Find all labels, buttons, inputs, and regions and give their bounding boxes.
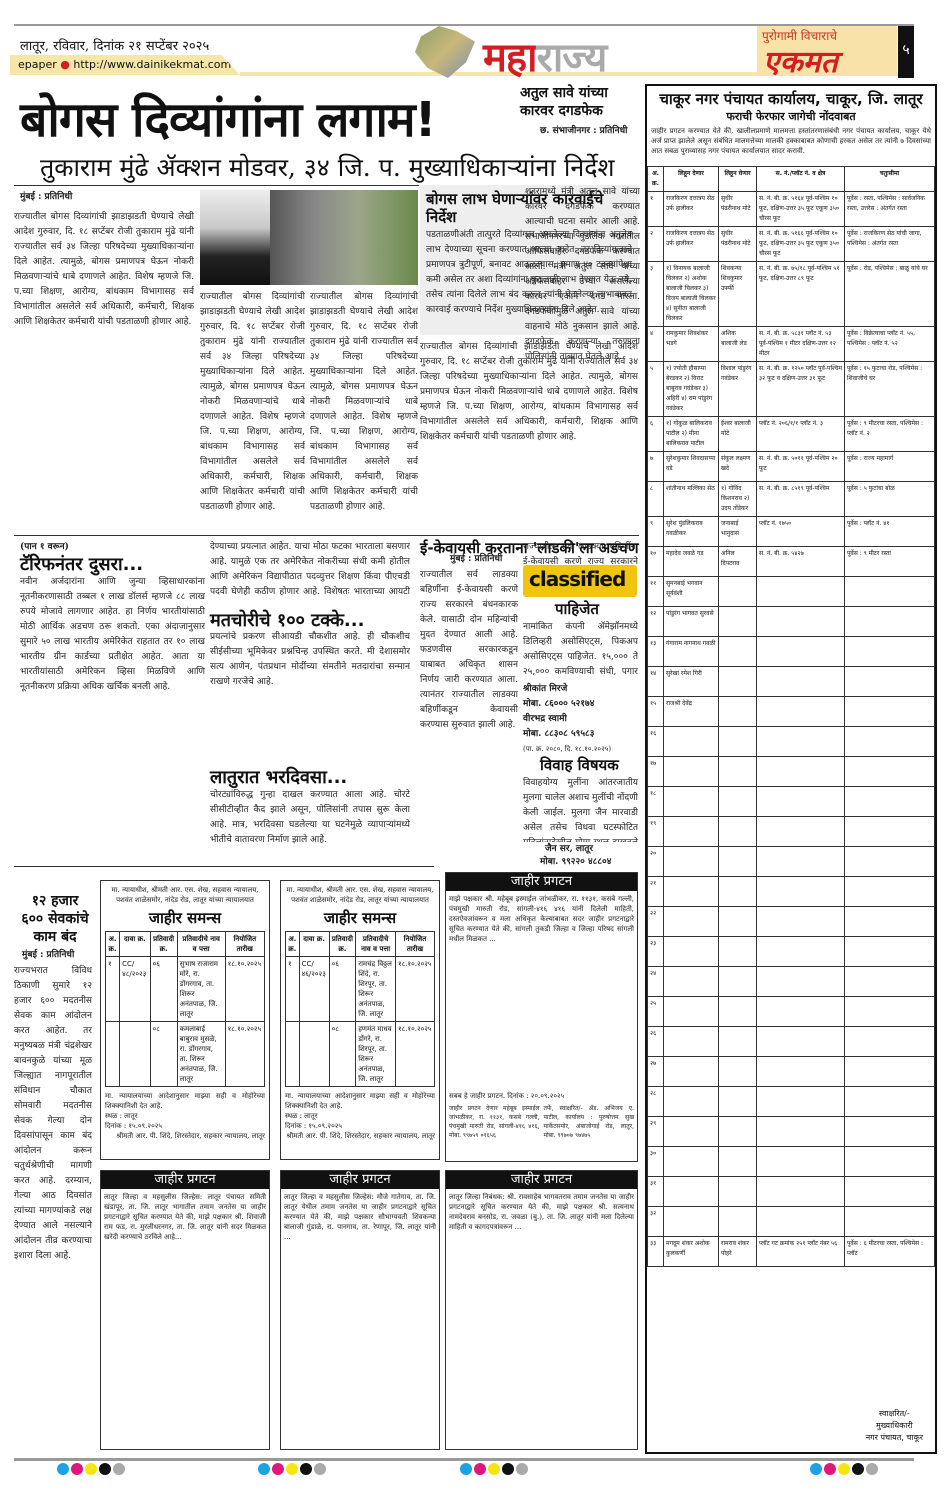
- color-dot: [516, 1463, 528, 1475]
- site-url: http://www.dainikekmat.com: [73, 58, 231, 71]
- contact2-phone: मोबा. ८८३०८ ५९५८३: [523, 727, 594, 742]
- summons-table: अ. क्र.दावा क्र.प्रतिवादी क्र.प्रतिवादीच…: [105, 931, 265, 1087]
- table-row: २४: [648, 967, 935, 997]
- color-dot: [258, 1463, 270, 1475]
- summons-ad-1: मा. न्यायाधीश, श्रीमती आर. एस. शेख, सहवा…: [100, 880, 270, 1160]
- contact2-name: वीरभद्र स्वामी: [523, 712, 567, 727]
- chakur-title: चाकूर नगर पंचायत कार्यालय, चाकूर, जि. ला…: [647, 86, 935, 109]
- ladki-body-cont: राज्यातील सर्व लाडक्या बहिणींना ई-केवायस…: [523, 540, 638, 564]
- table-row: ३०: [648, 1147, 935, 1177]
- table-row: १राजकिरण दत्तात्रय सेठ उर्फ हालीकरसुधीर …: [648, 192, 935, 227]
- table-row: ३१: [648, 1177, 935, 1207]
- color-dot: [300, 1463, 312, 1475]
- table-row: १CC/४८/२०२३०६सुभाष राजाराम मोरे, रा. डों…: [106, 957, 265, 1022]
- table-row: १०महादेव जवळे गडअनिल दिपटरावस. नं. बी. क…: [648, 547, 935, 577]
- color-dot: [488, 1463, 500, 1475]
- table-row: १५राजश्री देवेंद्र: [648, 697, 935, 727]
- color-dot: [85, 1463, 97, 1475]
- table-row: ३३मगदूम शंकर अशोक कुलकर्णीरामराव शंकर पो…: [648, 1237, 935, 1267]
- public-notice-1: जाहीर प्रगटन लातूर जिल्हा व महसुलीस जिल्…: [100, 1170, 270, 1450]
- classified-logo: classified: [523, 565, 637, 597]
- table-row: ८शांतीनाथ मल्लिका सेठ१) गोविंद किशनराव २…: [648, 482, 935, 517]
- color-dot: [286, 1463, 298, 1475]
- chakur-subtitle: फराची फेरफार जागेची नोंदवाबत: [647, 109, 935, 124]
- color-dot: [838, 1463, 850, 1475]
- laturat-body: चोरट्यांविरुद्ध गुन्हा दाखल करण्यात आला …: [210, 788, 410, 860]
- wanted-body: नामांकित कंपनी ॲमेझॉनमध्ये डिलिव्हरी असो…: [523, 620, 638, 680]
- table-row: २५: [648, 997, 935, 1027]
- table-row: १४सुरेखा रमेश गिरी: [648, 667, 935, 697]
- 12k-headline: १२ हजार ६०० सेवकांचे काम बंद: [20, 892, 90, 946]
- wanted-title: पाहिजेत: [555, 600, 599, 618]
- table-row: २राजकिरण दत्तात्रय सेठ उर्फ हालीकरसुधीर …: [648, 227, 935, 262]
- table-row: १९: [648, 817, 935, 847]
- color-dot: [460, 1463, 472, 1475]
- summons-ad-2: मा. न्यायाधीश, श्रीमती आर. एस. शेख, सहवा…: [280, 880, 440, 1160]
- color-dot: [866, 1463, 878, 1475]
- signature-line3: नगर पंचायत, चाकूर: [866, 1432, 923, 1444]
- summons-table: अ. क्र.दावा क्र.प्रतिवादी क्र.प्रतिवादीच…: [285, 931, 435, 1087]
- brand-logo: एकमत: [763, 40, 838, 81]
- table-row: १३गंगाराम नागनाथ गवळी: [648, 637, 935, 667]
- atul-save-dateline: छ. संभाजीनगर : प्रतिनिधी: [540, 124, 640, 139]
- table-row: ६१) गोकुळ बालिकराव पाटील २) मीना बालिकरा…: [648, 417, 935, 452]
- tariff-headline: टॅरिफनंतर दुसरा...: [20, 552, 143, 576]
- lead-subheadline: तुकाराम मुंढे ॲक्शन मोडवर, ३४ जि. प. मुख…: [40, 150, 614, 184]
- wheelchair-photo: [270, 190, 418, 285]
- registration-marks: [258, 1463, 326, 1475]
- registration-marks: [460, 1463, 528, 1475]
- public-notice-3: जाहीर प्रगटन लातूर जिल्हा निबंधक: श्री. …: [445, 1170, 638, 1450]
- registration-marks: [57, 1463, 125, 1475]
- page-number: ५: [898, 26, 914, 78]
- lead-body-col3: राज्यातील बोगस दिव्यांगांची झाडाझडती घेण…: [310, 290, 418, 530]
- table-row: २१: [648, 877, 935, 907]
- tukaram-mundhe-photo: [200, 190, 270, 285]
- color-dot: [824, 1463, 836, 1475]
- table-row: १७: [648, 757, 935, 787]
- chakur-table: अ. क्र. लिहून देणार लिहून घेणार स. नं./प…: [647, 166, 935, 1267]
- globe-icon: ●: [60, 58, 70, 71]
- color-dot: [272, 1463, 284, 1475]
- color-dot: [71, 1463, 83, 1475]
- tariff-body-col2: देण्याच्या प्रयत्नात आहेत. याचा मोठा फटक…: [210, 540, 410, 600]
- color-dot: [113, 1463, 125, 1475]
- matrimonial-body: विवाहयोग्य मुलींना आंतरजातीय मुलगा चालेल…: [523, 776, 638, 842]
- table-row: ११सुमनबाई भगवान सूर्यवंशी: [648, 577, 935, 607]
- signature-line1: स्वाक्षरित/-: [866, 1408, 923, 1420]
- signature-line2: मुख्याधिकारी: [866, 1420, 923, 1432]
- color-dot: [99, 1463, 111, 1475]
- matchori-body: प्रयत्नांचे प्रकरण सीआयडी चौकशीत आहे. ही…: [210, 630, 410, 760]
- color-dot: [314, 1463, 326, 1475]
- matchori-headline: मतचोरीचे १०० टक्के...: [210, 608, 364, 632]
- laturat-headline: लातुरात भरदिवसा...: [210, 765, 347, 789]
- ladki-dateline: मुंबई : प्रतिनिधी: [450, 552, 502, 567]
- divider: [14, 535, 639, 536]
- lead-dateline: मुंबई : प्रतिनिधी: [20, 190, 72, 205]
- epaper-label: epaper: [18, 58, 57, 71]
- section-title: महाराज्य: [483, 28, 606, 83]
- table-row: २७: [648, 1057, 935, 1087]
- issue-date: लातूर, रविवार, दिनांक २१ सप्टेंबर २०२५: [20, 36, 209, 54]
- ladki-body: राज्यातील सर्व लाडक्या बहिणींना ई-केवायस…: [420, 568, 518, 860]
- table-row: ५१) ज्योती हौसाप्पा बेरडकर २) विराट बाबु…: [648, 362, 935, 417]
- 12k-body: राज्यभरात विविध ठिकाणी सुमारे १२ हजार ६०…: [14, 964, 92, 1449]
- table-row: २९: [648, 1117, 935, 1147]
- table-row: २३: [648, 937, 935, 967]
- chakur-intro: जाहीर प्रगटन करण्यात येते की, खालीलप्रमा…: [647, 124, 935, 166]
- table-row: २६: [648, 1027, 935, 1057]
- registration-marks: [810, 1463, 878, 1475]
- divider: [14, 185, 419, 186]
- color-dot: [57, 1463, 69, 1475]
- epaper-link[interactable]: epaper ● http://www.dainikekmat.com: [10, 55, 240, 75]
- table-row: ९सुरेश पुंडलिकराव गवळीकरजनाबाई भानुदासप्…: [648, 517, 935, 547]
- color-dot: [474, 1463, 486, 1475]
- bottom-rule: [14, 1458, 914, 1461]
- ad-ref: (पा. क्र. २०८०, दि. १८.१०.२०२५): [523, 742, 611, 757]
- table-row: ३२: [648, 1207, 935, 1237]
- lead-headline: बोगस दिव्यांगांना लगाम!: [20, 86, 435, 151]
- chakur-notice: चाकूर नगर पंचायत कार्यालय, चाकूर, जि. ला…: [645, 84, 937, 1454]
- atul-save-body: शहरामध्ये मंत्री अतुल सावे यांच्या कारवर…: [525, 185, 640, 530]
- table-row: २८: [648, 1087, 935, 1117]
- table-row: ४रामकुमार शिवशंकर भडगेअशिक बालाजी लेडस. …: [648, 327, 935, 362]
- contact1-phone: मोबा. ८६००० ५२१७४: [523, 697, 594, 712]
- table-row: ०८कमलाबाई बाबुराव मुसळे, रा. डोंगरगाव, त…: [106, 1022, 265, 1087]
- atul-save-headline: अतुल सावे यांच्या कारवर दगडफेक: [520, 84, 640, 120]
- table-row: १६: [648, 727, 935, 757]
- lead-body-col2: राज्यातील बोगस दिव्यांगांची झाडाझडती घेण…: [200, 290, 305, 530]
- table-row: १CC/४६/२०२३०६रामचंद्र विठ्ठल शिंदे, रा. …: [286, 957, 435, 1022]
- divider: [14, 866, 434, 867]
- table-row: १२पांडुरंग भागवत सुरवसे: [648, 607, 935, 637]
- table-row: १८: [648, 787, 935, 817]
- contact3-phone: मोबा. ९९२२० ४८८०४: [540, 855, 611, 870]
- table-row: ०८हणमंत माधव डोंगरे, रा. शिरपूर, ता. शिर…: [286, 1022, 435, 1087]
- color-dot: [852, 1463, 864, 1475]
- contact1-name: श्रीकांत मिरजे: [523, 682, 567, 697]
- 12k-dateline: मुंबई : प्रतिनिधी: [22, 948, 74, 963]
- tariff-body: नवीन अर्जदारांना आणि जुन्या व्हिसाधारकां…: [20, 575, 205, 860]
- table-row: ३१) विनायक बालाजी चिलकर २) अशोक बालाजी च…: [648, 262, 935, 327]
- public-notice-2: जाहीर प्रगटन लातूर जिल्हा व महसुलीस जिल्…: [280, 1170, 440, 1450]
- table-row: ७सुरेशकुमार शिवदासप्पा वडेसंकुल लक्ष्मण …: [648, 452, 935, 482]
- table-row: २०: [648, 847, 935, 877]
- color-dot: [810, 1463, 822, 1475]
- table-row: २२: [648, 907, 935, 937]
- color-dot: [502, 1463, 514, 1475]
- lead-body: राज्यातील बोगस दिव्यांगांची झाडाझडती घेण…: [14, 210, 194, 530]
- public-notice-top: जाहीर प्रगटन माझे पक्षकार श्री. महेबूब इ…: [445, 872, 638, 1162]
- matrimonial-title: विवाह विषयक: [540, 756, 619, 774]
